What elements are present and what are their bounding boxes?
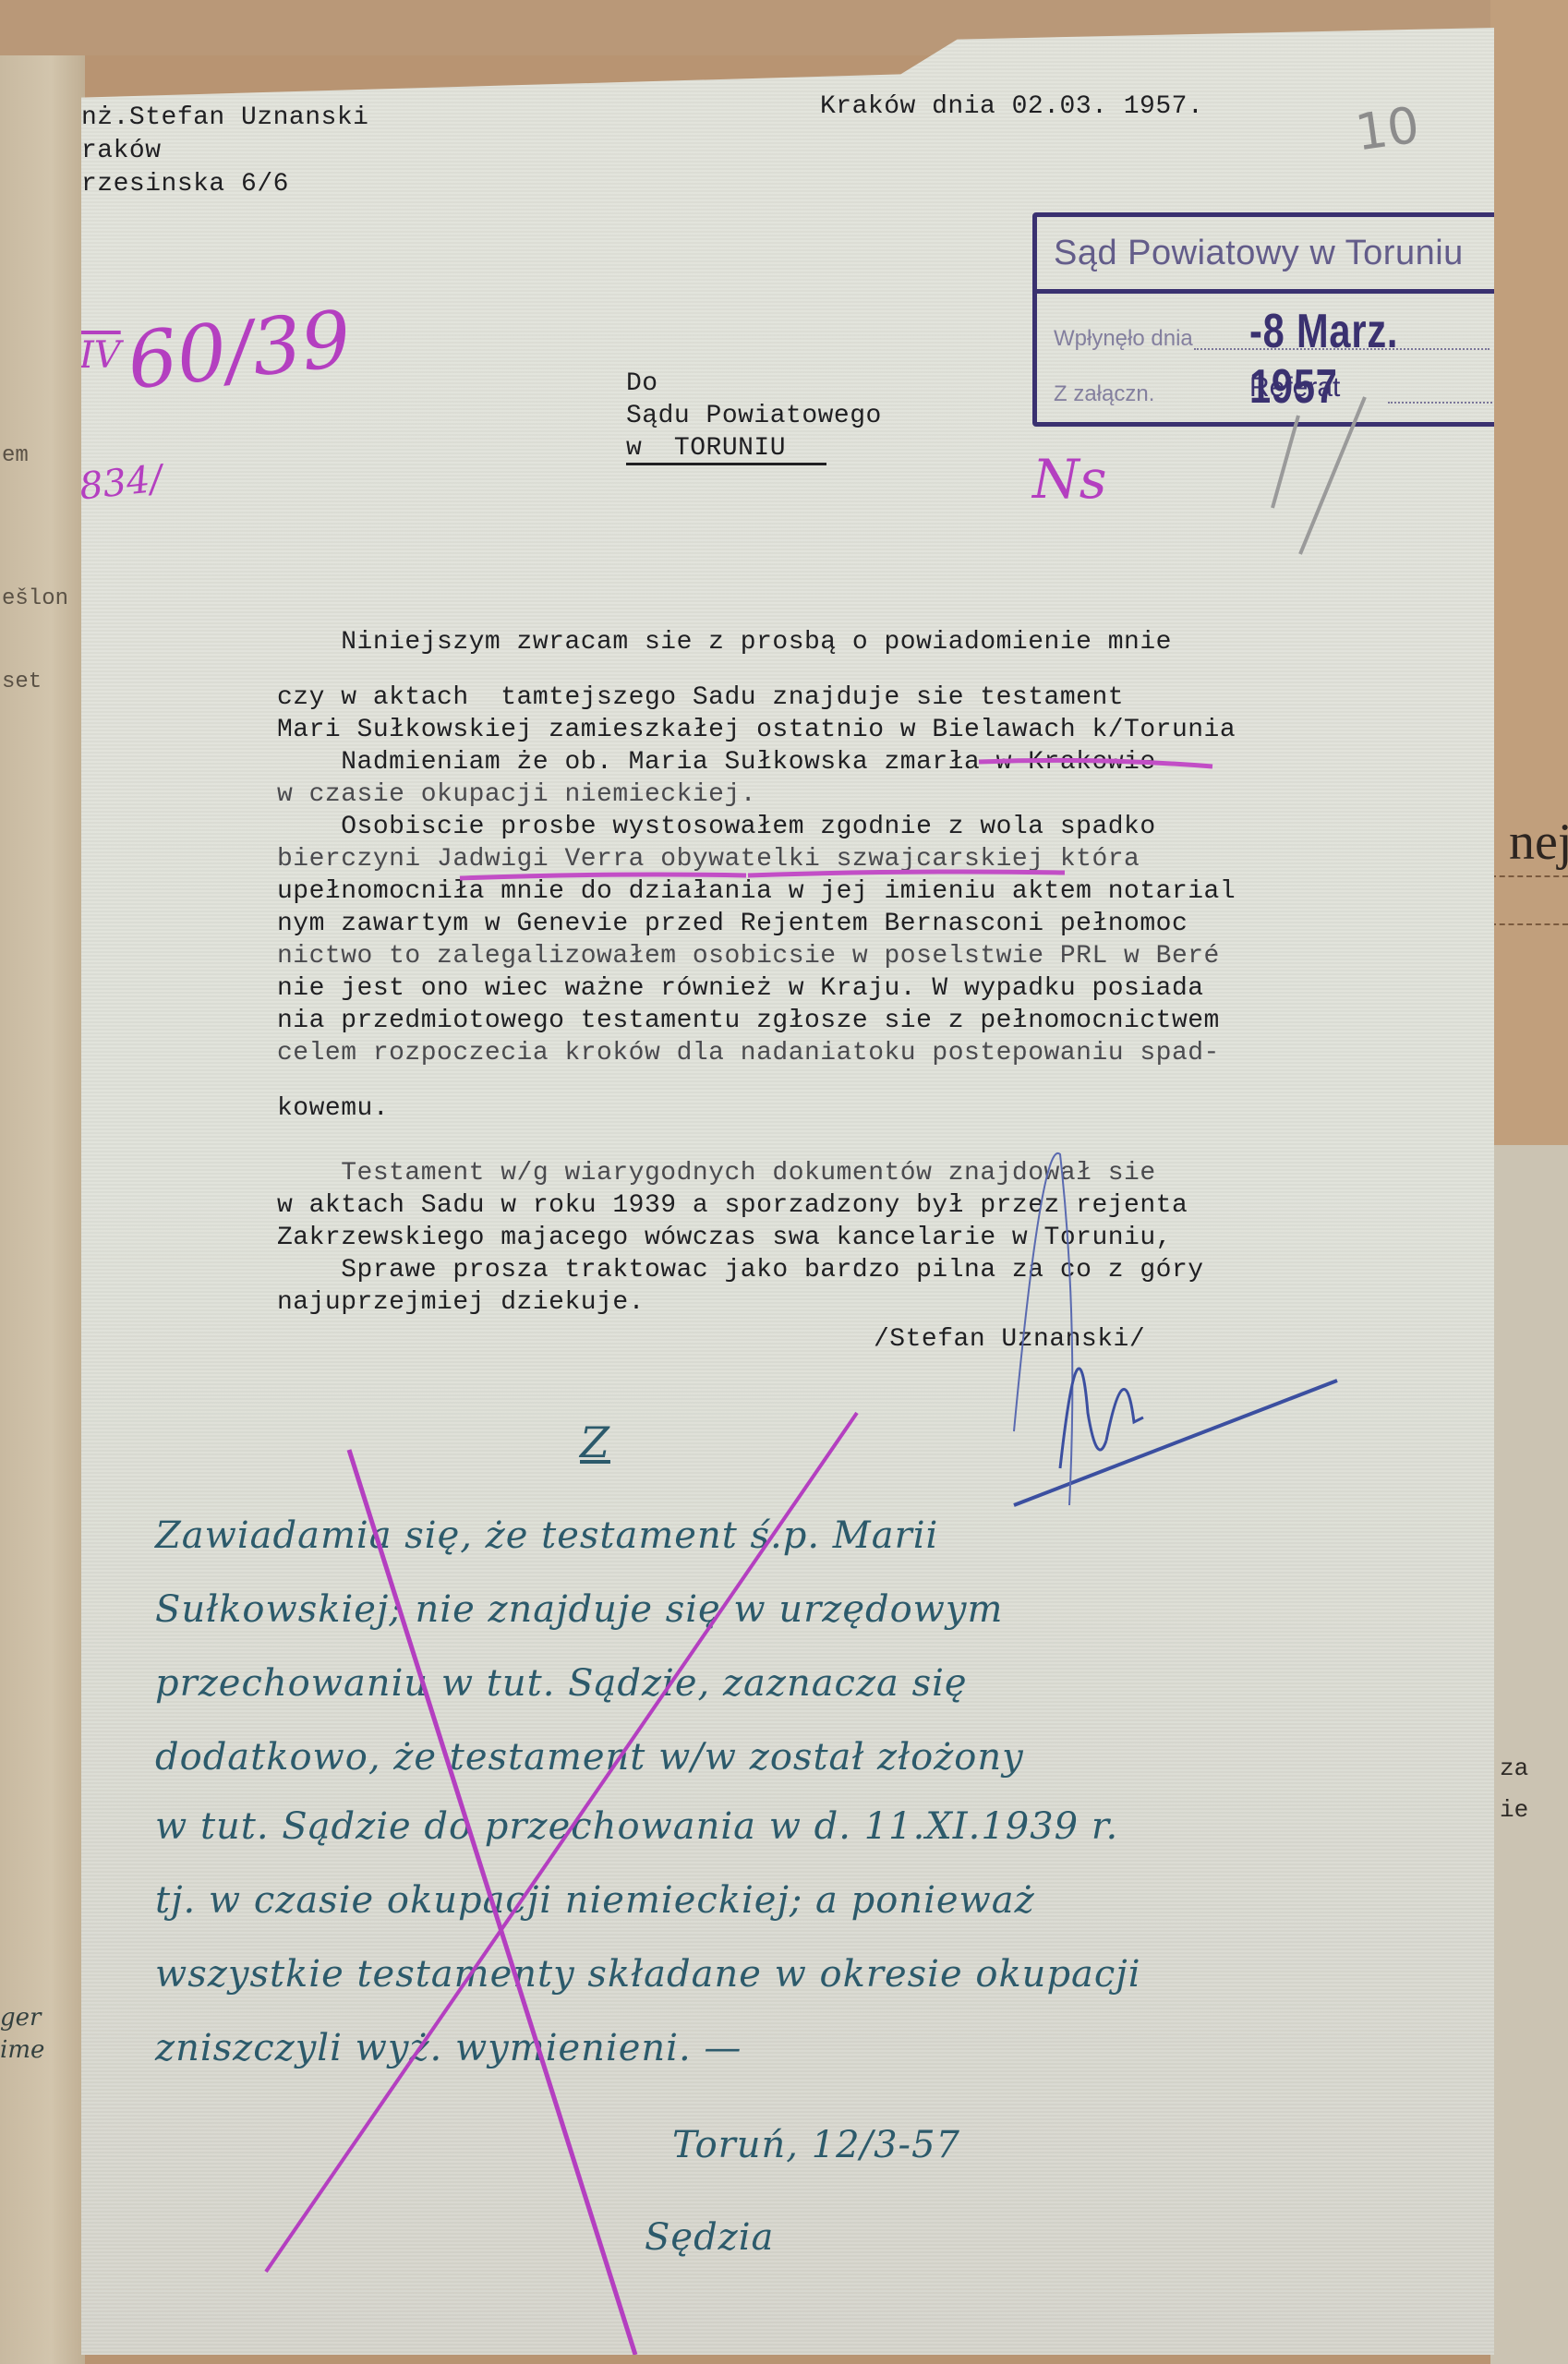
stamp-court-name: Sąd Powiatowy w Toruniu: [1054, 234, 1464, 273]
note-place-date: Toruń, 12/3-57: [672, 2124, 960, 2166]
left-sheet-fragment: ešlon: [2, 586, 68, 611]
right-underlying-sheet: za ie: [1490, 1145, 1568, 2364]
case-number: 60/39: [124, 294, 356, 407]
note-line: przechowaniu w tut. Sądzie, zaznacza się: [155, 1662, 968, 1705]
addressee-city: w TORUNIU: [626, 434, 826, 465]
left-underlying-sheet: em ešlon set ger ime: [0, 55, 85, 2364]
body-line: nictwo to zalegalizowałem osobicsie w po…: [277, 942, 1220, 971]
note-heading: Z: [580, 1417, 610, 1467]
left-sheet-handwriting: ime: [0, 2036, 44, 2064]
body-line: Sprawe prosza traktowac jako bardzo piln…: [277, 1256, 1204, 1285]
signature-stroke: [1014, 1381, 1337, 1505]
note-line: wszystkie testamenty składane w okresie …: [155, 1953, 1141, 1996]
note-line: zniszczyli wyż. wymienieni. —: [155, 2027, 742, 2069]
note-line: tj. w czasie okupacji niemieckiej; a pon…: [155, 1879, 1035, 1922]
case-roman-numeral: IV: [79, 334, 121, 377]
dotted-line: [1490, 923, 1568, 925]
left-sheet-fragment: em: [2, 443, 29, 468]
violet-ns-mark: Ns: [1032, 448, 1107, 511]
dotted-line: [1490, 875, 1568, 877]
right-kraft-fragment: nej: [1509, 813, 1568, 872]
addressee-court: Sądu Powiatowego: [626, 402, 882, 430]
left-sheet-fragment: set: [2, 669, 42, 694]
body-line: nie jest ono wiec ważne również w Kraju.…: [277, 974, 1204, 1003]
note-line: Zawiadamia się, że testament ś.p. Marii: [155, 1514, 938, 1557]
stamp-divider: [1037, 289, 1517, 294]
body-line: Testament w/g wiarygodnych dokumentów zn…: [277, 1159, 1156, 1188]
sender-street: rzesinska 6/6: [81, 170, 289, 199]
note-initials: Sędzia: [645, 2216, 774, 2259]
letter-date: Kraków dnia 02.03. 1957.: [820, 92, 1203, 121]
right-sheet-fragment: za: [1500, 1755, 1528, 1782]
body-line: Nadmieniam że ob. Maria Sułkowska zmarła…: [277, 748, 1156, 777]
signature-stroke: [1106, 1389, 1143, 1441]
court-received-stamp: Sąd Powiatowy w Toruniu Wpłynęło dnia -8…: [1032, 212, 1522, 427]
body-line: Niniejszym zwracam sie z prosbą o powiad…: [277, 628, 1172, 657]
letter-page: nż.Stefan Uznanski raków rzesinska 6/6 K…: [81, 28, 1494, 2355]
body-line: w czasie okupacji niemieckiej.: [277, 780, 756, 809]
addressee-do: Do: [626, 369, 658, 398]
right-sheet-fragment: ie: [1500, 1796, 1528, 1824]
stamp-received-label: Wpłynęło dnia: [1054, 326, 1193, 352]
body-line: nia przedmiotowego testamentu zgłosze si…: [277, 1007, 1220, 1035]
sender-name: nż.Stefan Uznanski: [81, 103, 368, 132]
body-line: celem rozpoczecia kroków dla nadaniatoku…: [277, 1039, 1220, 1067]
body-line: Osobiscie prosbe wystosowałem zgodnie z …: [277, 813, 1156, 841]
stamp-dotted-line: [1388, 402, 1499, 404]
body-line: najuprzejmiej dziekuje.: [277, 1288, 645, 1317]
stamp-department-label: Referat: [1249, 372, 1340, 404]
case-sub-number: 834/: [78, 457, 164, 508]
body-line: czy w aktach tamtejszego Sadu znajduje s…: [277, 683, 1124, 712]
pencil-stroke: [1272, 416, 1298, 508]
stamp-attachments-label: Z załączn.: [1054, 381, 1154, 407]
body-line: Zakrzewskiego majacego wówczas swa kance…: [277, 1224, 1172, 1252]
note-line: w tut. Sądzie do przechowania w d. 11.XI…: [155, 1805, 1118, 1848]
body-line: kowemu.: [277, 1094, 389, 1123]
body-line: bierczyni Jadwigi Verra obywatelki szwaj…: [277, 845, 1140, 874]
body-line: w aktach Sadu w roku 1939 a sporzadzony …: [277, 1191, 1188, 1220]
signature-stroke: [1060, 1369, 1106, 1468]
left-sheet-handwriting: ger: [0, 2004, 41, 2032]
typed-signature: /Stefan Uznanski/: [874, 1325, 1145, 1354]
pencil-page-number: 10: [1352, 96, 1423, 163]
body-line: Mari Sułkowskiej zamieszkałej ostatnio w…: [277, 716, 1236, 744]
body-line: nym zawartym w Genevie przed Rejentem Be…: [277, 910, 1188, 938]
note-line: dodatkowo, że testament w/w został złożo…: [155, 1736, 1024, 1779]
right-kraft-folder: nej: [1490, 0, 1568, 1145]
sender-city: raków: [81, 137, 162, 165]
note-line: Sułkowskiej; nie znajduje się w urzędowy…: [155, 1588, 1003, 1631]
body-line: upełnomocniła mnie do działania w jej im…: [277, 877, 1236, 906]
